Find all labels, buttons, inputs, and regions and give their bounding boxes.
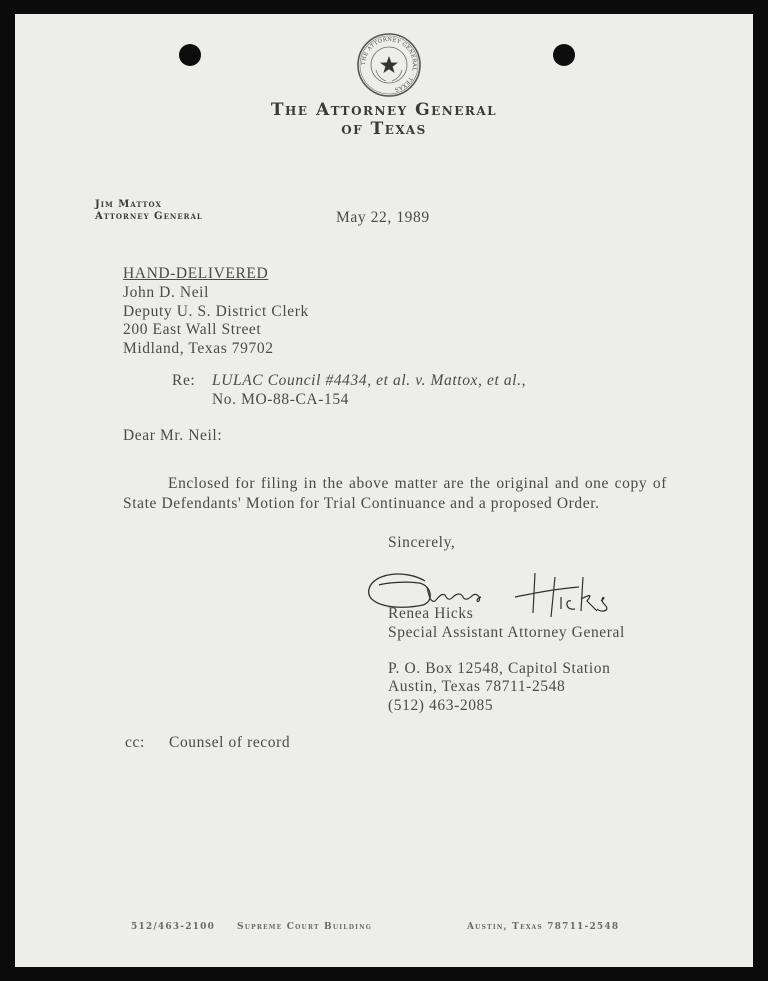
signer-name: Renea Hicks	[388, 605, 473, 623]
sender-title: Attorney General	[95, 211, 203, 222]
signer-address-line2: Austin, Texas 78711-2548	[388, 678, 565, 696]
signer-phone: (512) 463-2085	[388, 697, 493, 715]
recipient-title: Deputy U. S. District Clerk	[123, 303, 309, 321]
sender-name: Jim Mattox	[95, 199, 162, 210]
cc-label: cc:	[125, 734, 145, 752]
letterhead-title: The Attorney General	[15, 100, 753, 120]
body-paragraph: Enclosed for filing in the above matter …	[123, 474, 667, 514]
recipient-street: 200 East Wall Street	[123, 321, 261, 339]
letter-page: THE ATTORNEY GENERAL · TEXAS The Attorne…	[15, 14, 753, 967]
recipient-city: Midland, Texas 79702	[123, 340, 274, 358]
re-label: Re:	[172, 372, 195, 390]
recipient-name: John D. Neil	[123, 284, 209, 302]
punch-hole-left	[179, 44, 201, 66]
re-case-title: LULAC Council #4434, et al. v. Mattox, e…	[212, 372, 526, 390]
punch-hole-right	[553, 44, 575, 66]
letterhead-subtitle: of Texas	[15, 119, 753, 139]
closing: Sincerely,	[388, 534, 455, 552]
state-seal-icon: THE ATTORNEY GENERAL · TEXAS	[356, 32, 422, 98]
letter-date: May 22, 1989	[336, 209, 430, 227]
salutation: Dear Mr. Neil:	[123, 427, 222, 445]
footer-building: Supreme Court Building	[237, 922, 372, 932]
re-case-number: No. MO-88-CA-154	[212, 391, 349, 409]
cc-recipients: Counsel of record	[169, 734, 290, 752]
signer-title: Special Assistant Attorney General	[388, 624, 625, 642]
footer-phone: 512/463-2100	[131, 922, 215, 932]
delivery-method: HAND-DELIVERED	[123, 265, 268, 283]
signer-address-line1: P. O. Box 12548, Capitol Station	[388, 660, 610, 678]
footer-city: Austin, Texas 78711-2548	[467, 922, 619, 932]
